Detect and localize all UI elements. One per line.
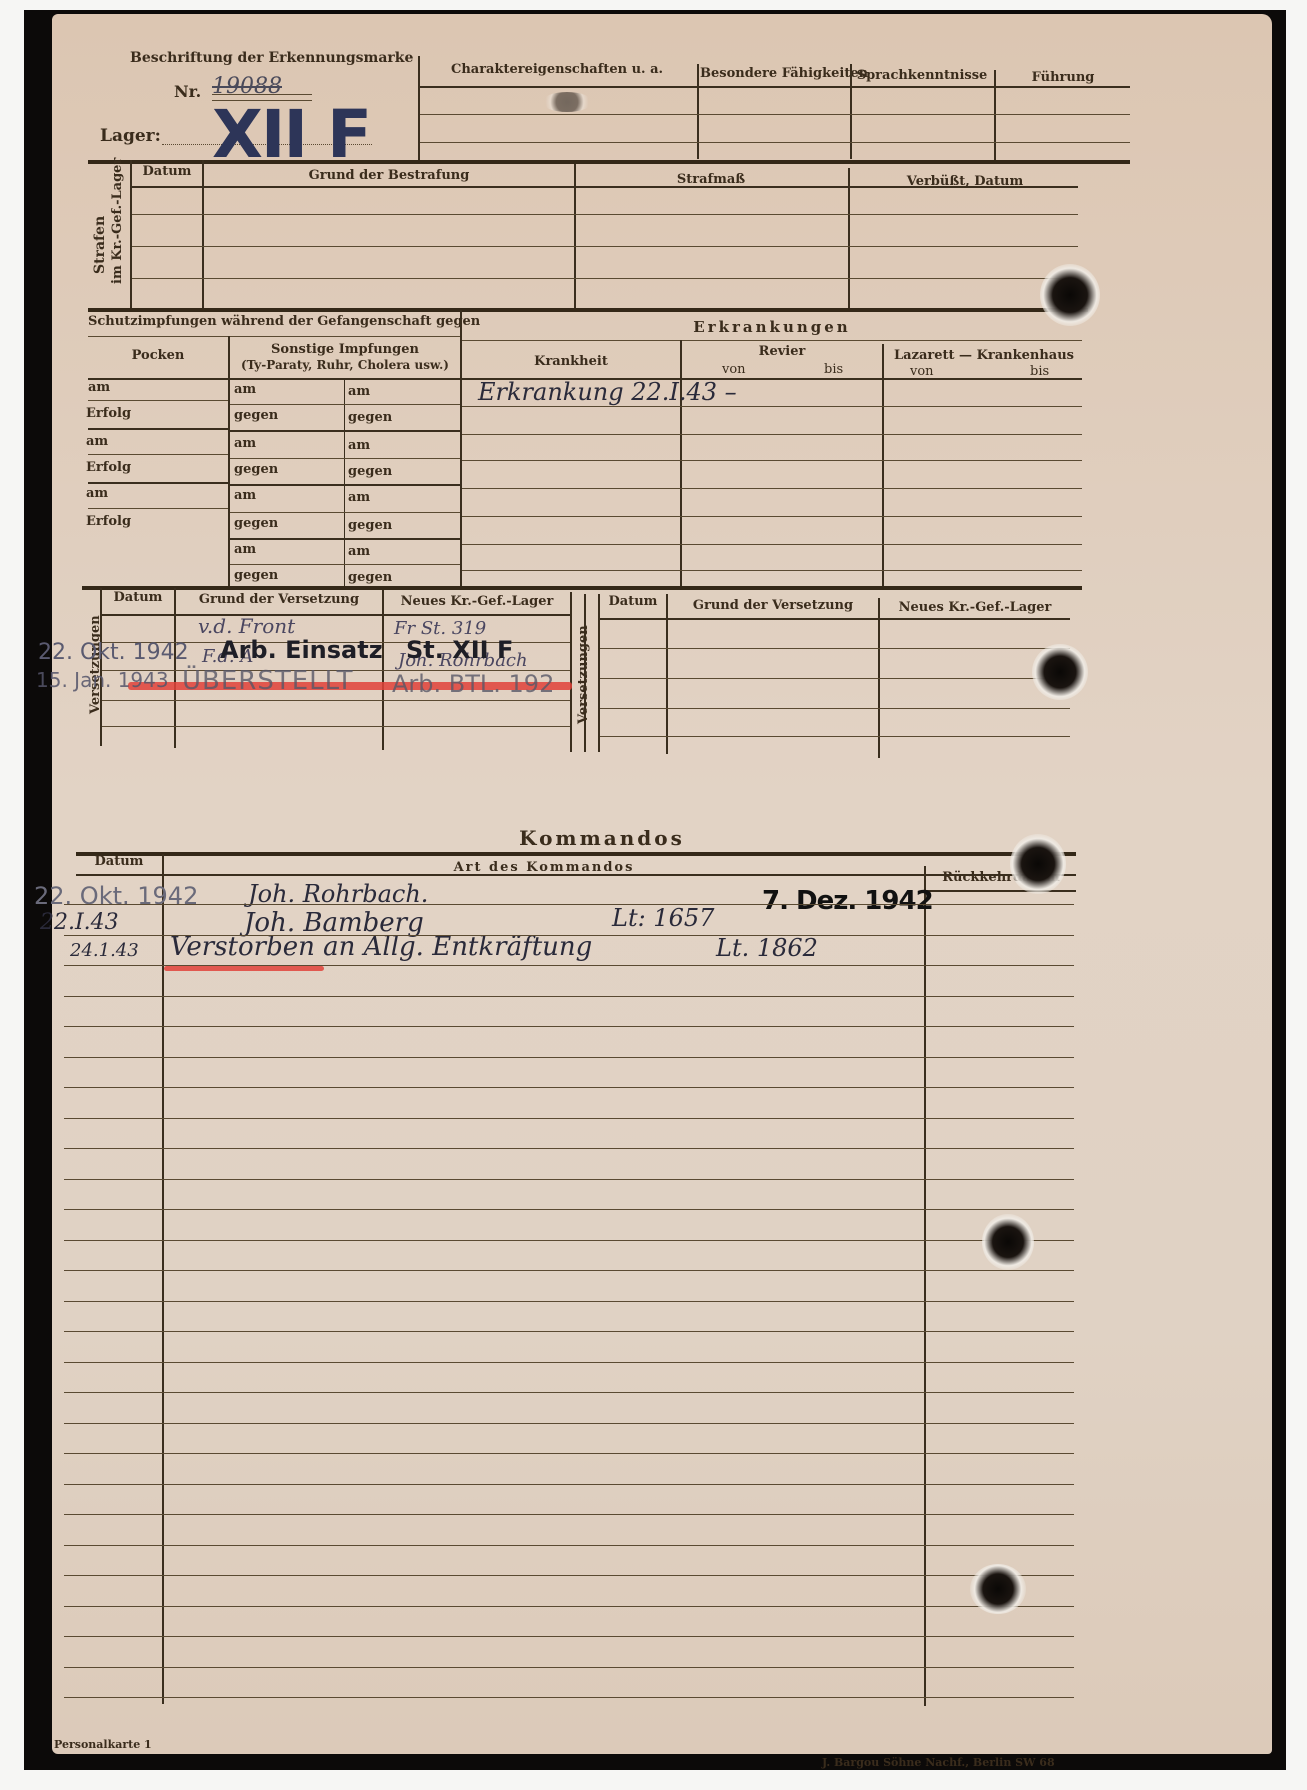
lazarett-header: Lazarett — Krankenhaus (884, 348, 1084, 363)
kommandos-row-2-datum: 22.I.43 (40, 910, 119, 935)
binder-hole (1010, 834, 1066, 894)
kommandos-row-3-note: Lt. 1862 (716, 934, 818, 962)
lazarett-von: von (910, 364, 934, 379)
vers-row-2-grund: ÜBERSTELLT (182, 666, 353, 696)
binder-hole (982, 1214, 1034, 1270)
paper-damage (542, 92, 592, 112)
vers-row-1-grund: Arb. Einsatz (220, 636, 383, 664)
sonstige-b-gegen-4: gegen (348, 570, 392, 585)
kommandos-header-datum: Datum (76, 854, 162, 869)
sonstige-a-am-2: am (234, 436, 256, 451)
sonstige-b-gegen-1: gegen (348, 410, 392, 425)
id-tag-heading: Beschriftung der Erkennungsmarke (130, 50, 413, 66)
vers-left-header-grund: Grund der Versetzung (176, 592, 382, 607)
vers-hand-grund: v.d. Front (198, 614, 295, 638)
kommandos-title: Kommandos (452, 826, 752, 850)
kommandos-row-3-datum: 24.1.43 (70, 940, 139, 961)
binder-hole (1032, 644, 1088, 700)
vers-row-1-datum: 22. Okt. 1942 (38, 640, 189, 665)
pocken-row-erfolg-2: Erfolg (86, 460, 131, 475)
sonstige-b-am-4: am (348, 544, 370, 559)
strafen-header-strafmass: Strafmaß (576, 172, 846, 187)
kommandos-header-art: Art des Kommandos (164, 860, 924, 875)
revier-bis: bis (824, 362, 843, 377)
vers-left-header-lager: Neues Kr.-Gef.-Lager (384, 594, 570, 609)
revier-header: Revier (682, 344, 882, 359)
sonstige-a-am-4: am (234, 542, 256, 557)
col-charakter: Charaktereigenschaften u. a. (422, 62, 692, 77)
pocken-header: Pocken (88, 348, 228, 363)
krankheit-header: Krankheit (462, 354, 680, 369)
binder-hole (970, 1564, 1026, 1614)
red-underline (164, 966, 324, 971)
pocken-row-erfolg-3: Erfolg (86, 514, 131, 529)
pocken-row-erfolg-1: Erfolg (86, 406, 131, 421)
sonstige-b-am-2: am (348, 438, 370, 453)
revier-von: von (722, 362, 746, 377)
erkrankung-entry: Erkrankung 22.I.43 – (478, 378, 737, 406)
sonstige-b-gegen-3: gegen (348, 518, 392, 533)
col-fuehrung: Führung (996, 70, 1130, 85)
sonstige-a-gegen-4: gegen (234, 568, 278, 583)
pocken-row-am-3: am (86, 486, 108, 501)
kommandos-row-3-art: Verstorben an Allg. Entkräftung (170, 932, 592, 962)
sonstige-a-am-1: am (234, 382, 256, 397)
strafen-side-label-2: im Kr.-Gef.-Lager (110, 158, 125, 284)
sonstige-a-gegen-2: gegen (234, 462, 278, 477)
sonstige-a-gegen-1: gegen (234, 408, 278, 423)
form-name: Personalkarte 1 (54, 1738, 152, 1751)
strafen-header-datum: Datum (132, 164, 202, 179)
vers-row-2-datum: 15. Jan. 1943 (36, 668, 169, 692)
sonstige-a-am-3: am (234, 488, 256, 503)
sonstige-b-gegen-2: gegen (348, 464, 392, 479)
pocken-row-am-2: am (86, 434, 108, 449)
vers-row-1-lager: St. XII F (406, 636, 513, 664)
sonstige-b-am-3: am (348, 490, 370, 505)
binder-hole (1040, 264, 1100, 326)
sonstige-a-gegen-3: gegen (234, 516, 278, 531)
col-faehigkeiten: Besondere Fähigkeiten (700, 66, 848, 81)
vers-row-2-lager: Arb. BTL. 192 (392, 670, 554, 698)
col-sprachen: Sprachkenntnisse (852, 68, 992, 83)
erkrankungen-heading: Erkrankungen (462, 318, 1082, 336)
vers-right-header-lager: Neues Kr.-Gef.-Lager (880, 600, 1070, 615)
impfungen-heading: Schutzimpfungen während der Gefangenscha… (88, 314, 460, 329)
versetzungen-right-side-label: Versetzungen (576, 625, 591, 724)
kommandos-row-1-stamp: 7. Dez. 1942 (762, 886, 933, 916)
vers-right-header-datum: Datum (600, 594, 666, 609)
vers-left-header-datum: Datum (102, 590, 174, 605)
strafen-side-label: Strafen (92, 216, 108, 274)
nr-label: Nr. (174, 82, 201, 101)
personnel-card: Beschriftung der Erkennungsmarke Nr. 190… (52, 14, 1272, 1754)
lager-label: Lager: (100, 126, 161, 146)
vers-right-header-grund: Grund der Versetzung (668, 598, 878, 613)
strafen-header-grund: Grund der Bestrafung (204, 168, 574, 183)
kommandos-row-1-datum: 22. Okt. 1942 (34, 882, 198, 910)
sonstige-header-1: Sonstige Impfungen (230, 342, 460, 357)
sonstige-b-am-1: am (348, 384, 370, 399)
kommandos-row-2-note: Lt: 1657 (612, 904, 714, 932)
printer-imprint: J. Bargou Söhne Nachf., Berlin SW 68 (822, 1756, 1055, 1769)
pocken-row-am-1: am (88, 380, 110, 395)
lazarett-bis: bis (1030, 364, 1049, 379)
sonstige-header-2: (Ty-Paraty, Ruhr, Cholera usw.) (230, 358, 460, 372)
